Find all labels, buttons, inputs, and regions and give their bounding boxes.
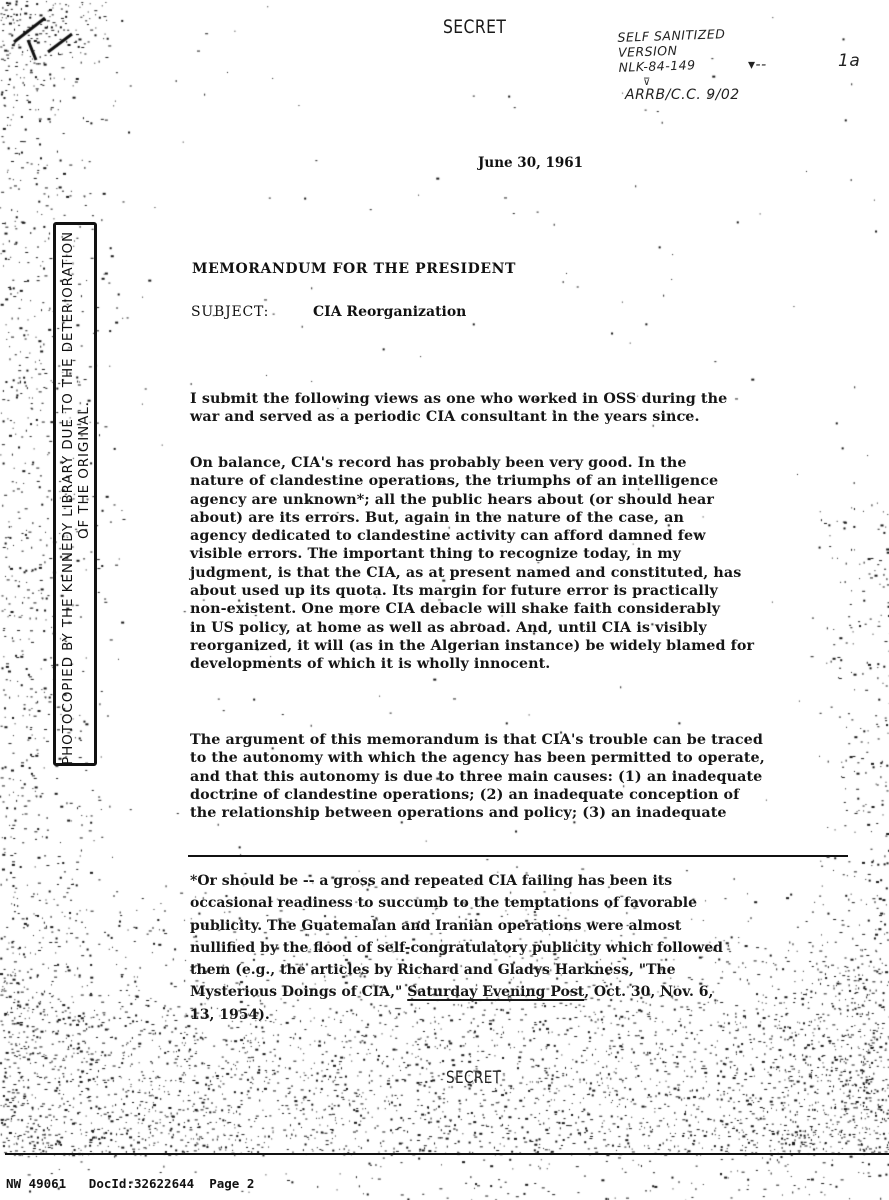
page-mark: 1a [838, 54, 860, 69]
stamp-line-1: PHOTOCOPIED BY THE KENNEDY LIBRARY DUE T… [60, 225, 76, 769]
footnote-divider [188, 855, 848, 857]
subject-label: SUBJECT: [191, 304, 269, 320]
handwritten-annotation: SELF SANITIZED VERSION NLK-84-149 [617, 26, 726, 75]
paragraph-argument: The argument of this memorandum is that … [190, 731, 840, 822]
doc-id: DocId:32622644 [89, 1176, 194, 1191]
classification-bottom: SECRET [446, 1068, 501, 1088]
annotation-line-4: ARRB/C.C. 9/02 [625, 88, 740, 103]
page-number: Page 2 [209, 1176, 254, 1191]
archive-footer: NW 49061 DocId:32622644 Page 2 [6, 1176, 254, 1191]
memo-recipient: MEMORANDUM FOR THE PRESIDENT [192, 261, 516, 277]
stamp-text: PHOTOCOPIED BY THE KENNEDY LIBRARY DUE T… [56, 225, 100, 769]
memo-date: June 30, 1961 [478, 155, 583, 171]
paragraph-intro: I submit the following views as one who … [190, 390, 840, 427]
footnote-publication: Saturday Evening Post [407, 984, 584, 1000]
classification-top: SECRET [443, 16, 506, 38]
page-bottom-edge [5, 1153, 889, 1155]
record-number: NW 49061 [6, 1176, 66, 1191]
annotation-dash-icon: ▾‑‑ [748, 58, 767, 73]
paragraph-record: On balance, CIA's record has probably be… [190, 454, 840, 674]
library-photocopy-stamp: PHOTOCOPIED BY THE KENNEDY LIBRARY DUE T… [53, 222, 97, 766]
footnote-text-before: *Or should be -- a gross and repeated CI… [190, 873, 723, 1000]
subject-value: CIA Reorganization [313, 304, 466, 320]
stamp-line-2: OF THE ORIGINAL. [76, 225, 92, 769]
footnote: *Or should be -- a gross and repeated CI… [190, 870, 870, 1026]
